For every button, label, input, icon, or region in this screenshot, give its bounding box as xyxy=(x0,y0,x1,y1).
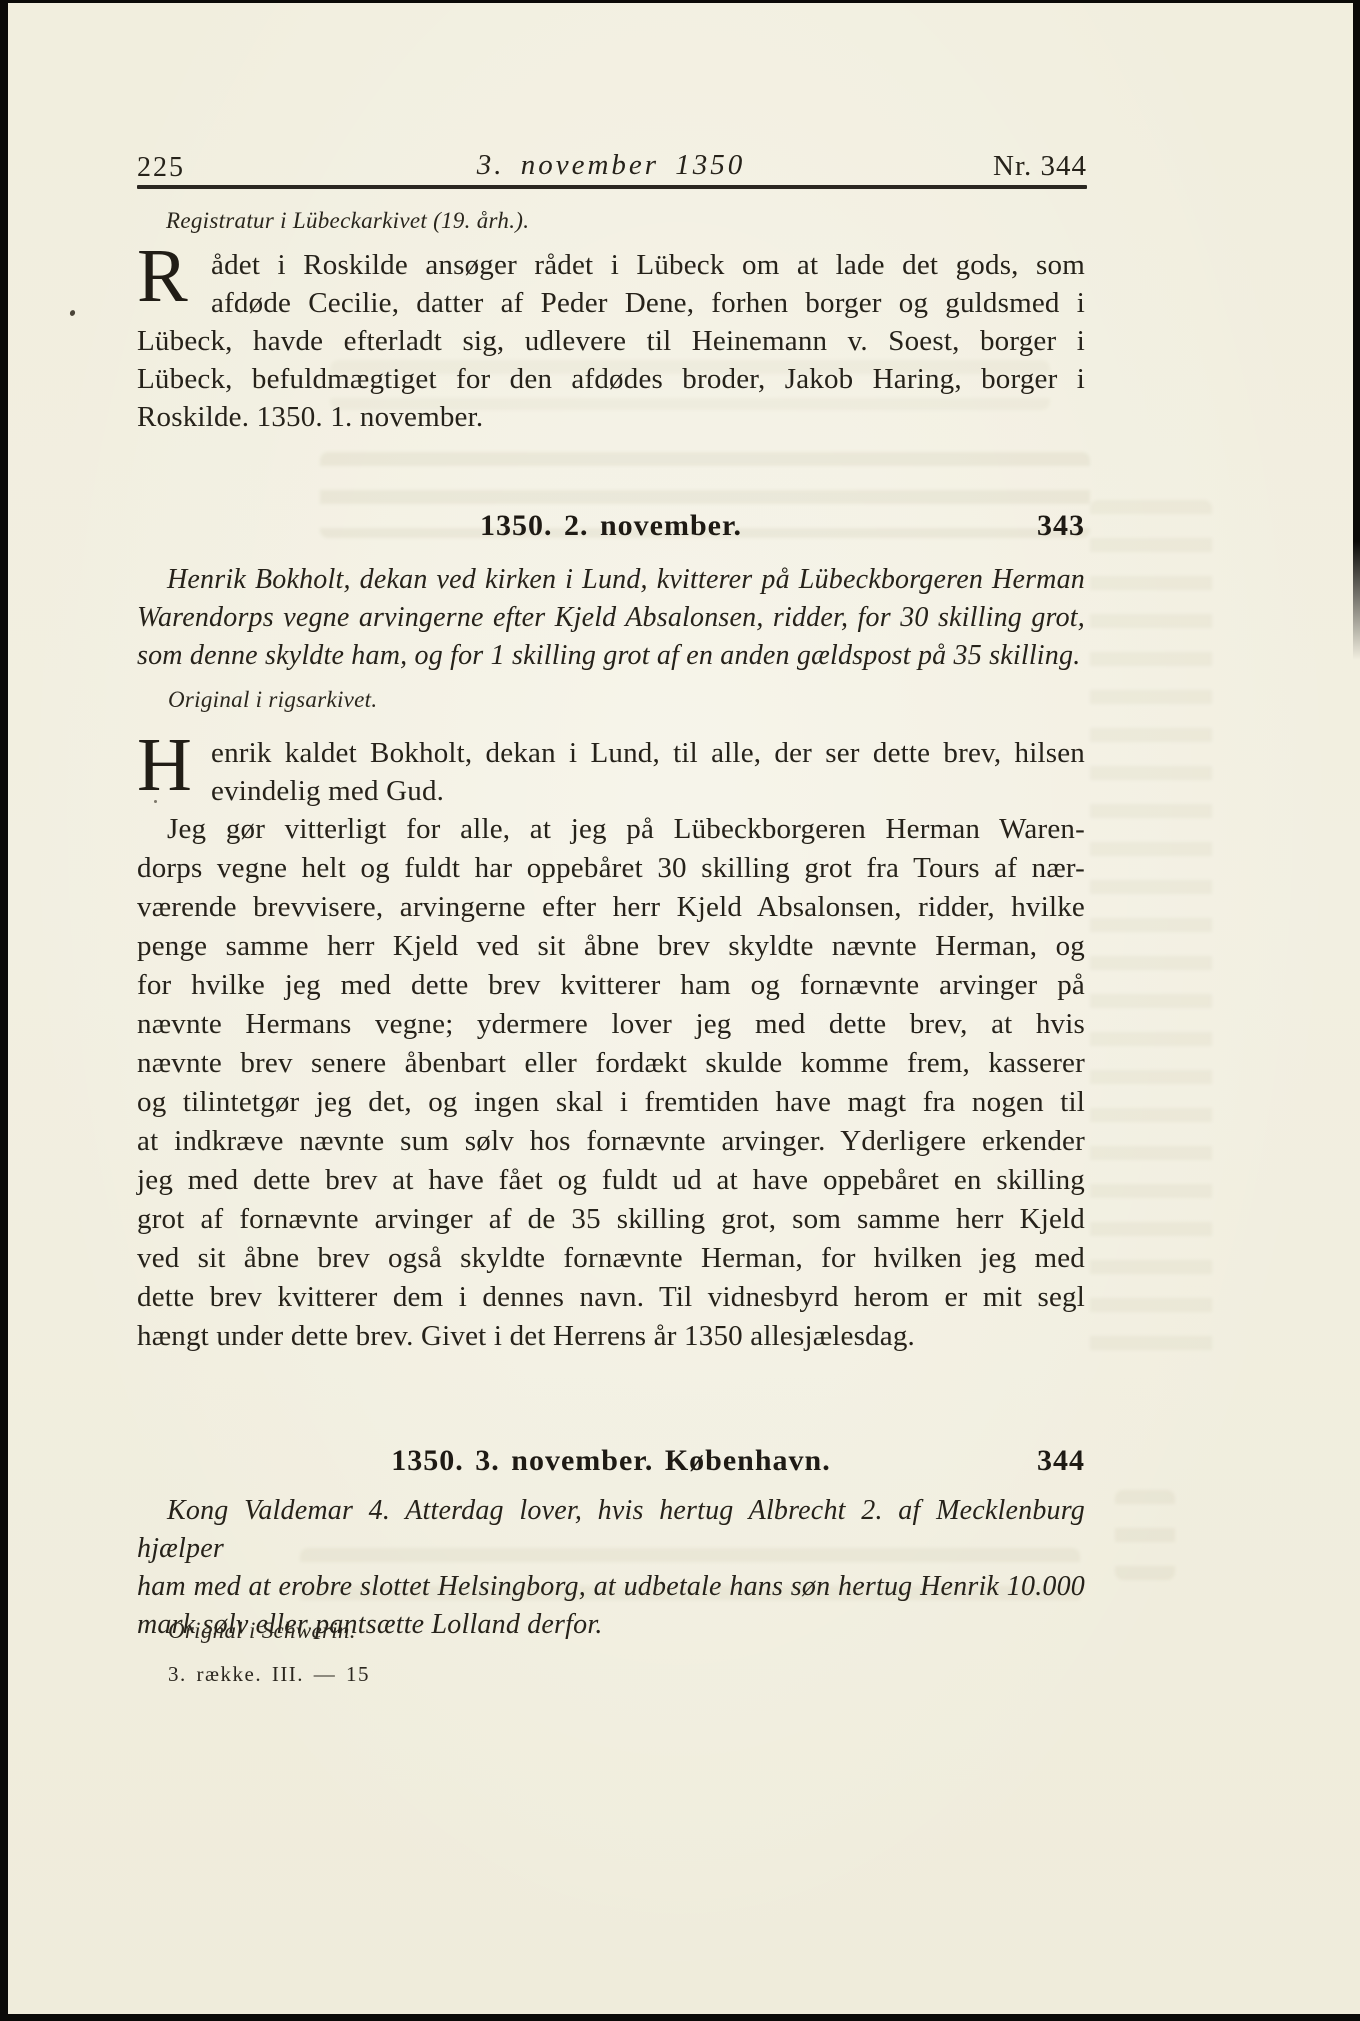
entry-343-body: Jeg gør vitterligt for alle, at jeg på L… xyxy=(137,810,1085,1356)
text-line: Roskilde. 1350. 1. november. xyxy=(137,398,1085,436)
entry-heading-number: 343 xyxy=(1037,509,1085,543)
text-line: grot af fornævnte arvinger af de 35 skil… xyxy=(137,1200,1085,1239)
show-through-artifact xyxy=(1090,500,1212,1360)
entry-343-regest: Henrik Bokholt, dekan ved kirken i Lund,… xyxy=(137,561,1085,675)
text-line: Lübeck, havde efterladt sig, udlevere ti… xyxy=(137,322,1085,360)
entry-heading-344: 1350. 3. november. København. 344 xyxy=(137,1444,1085,1478)
scan-edge-bottom xyxy=(0,2014,1360,2021)
text-line: ådet i Roskilde ansøger rådet i Lübeck o… xyxy=(137,246,1085,284)
entry-heading-343: 1350. 2. november. 343 xyxy=(137,509,1085,543)
text-line: afdøde Cecilie, datter af Peder Dene, fo… xyxy=(137,284,1085,322)
signature-mark: 3. række. III. — 15 xyxy=(168,1662,370,1687)
show-through-artifact xyxy=(1115,1490,1175,1580)
entry-343-salutation: enrik kaldet Bokholt, dekan i Lund, til … xyxy=(137,734,1085,810)
scan-edge-left xyxy=(0,0,8,2021)
text-line: Warendorps vegne arvingerne efter Kjeld … xyxy=(137,599,1085,637)
source-note-343: Original i rigsarkivet. xyxy=(168,687,377,713)
text-line: som denne skyldte ham, og for 1 skilling… xyxy=(137,637,1085,675)
source-note-344: Orignal i Schwerin. xyxy=(168,1618,356,1644)
text-line: dorps vegne helt og fuldt har oppebåret … xyxy=(137,849,1085,888)
entry-heading-number: 344 xyxy=(1037,1444,1085,1478)
scan-edge-top xyxy=(0,0,1360,3)
scan-edge-right xyxy=(1353,0,1360,660)
text-line: ved sit åbne brev også skyldte fornævnte… xyxy=(137,1239,1085,1278)
text-line: penge samme herr Kjeld ved sit åbne brev… xyxy=(137,927,1085,966)
entry-342-paragraph: ådet i Roskilde ansøger rådet i Lübeck o… xyxy=(137,246,1085,436)
running-head-date: 3. november 1350 xyxy=(137,149,1085,182)
entry-heading-date: 1350. 3. november. København. xyxy=(137,1444,1085,1478)
text-line: Henrik Bokholt, dekan ved kirken i Lund,… xyxy=(137,561,1085,599)
text-line: enrik kaldet Bokholt, dekan i Lund, til … xyxy=(137,734,1085,772)
text-line: for hvilke jeg med dette brev kvitterer … xyxy=(137,966,1085,1005)
header-rule xyxy=(137,185,1087,189)
text-line: ham med at erobre slottet Helsingborg, a… xyxy=(137,1568,1085,1606)
text-line: værende brevvisere, arvingerne efter her… xyxy=(137,888,1085,927)
text-line: evindelig med Gud. xyxy=(137,772,1085,810)
text-line: Lübeck, befuldmægtiget for den afdødes b… xyxy=(137,360,1085,398)
text-line: Jeg gør vitterligt for alle, at jeg på L… xyxy=(137,810,1085,849)
running-head-number: Nr. 344 xyxy=(955,150,1087,183)
text-line: nævnte brev senere åbenbart eller fordæk… xyxy=(137,1044,1085,1083)
text-line: hængt under dette brev. Givet i det Herr… xyxy=(137,1317,1085,1356)
text-line: dette brev kvitterer dem i dennes navn. … xyxy=(137,1278,1085,1317)
text-line: nævnte Hermans vegne; ydermere lover jeg… xyxy=(137,1005,1085,1044)
text-line: og tilintetgør jeg det, og ingen skal i … xyxy=(137,1083,1085,1122)
scanned-book-page: 225 3. november 1350 Nr. 344 Registratur… xyxy=(0,0,1360,2021)
ink-speck xyxy=(69,309,76,317)
text-line: Kong Valdemar 4. Atterdag lover, hvis he… xyxy=(137,1492,1085,1568)
text-line: jeg med dette brev at have fået og fuldt… xyxy=(137,1161,1085,1200)
source-note-342: Registratur i Lübeckarkivet (19. årh.). xyxy=(166,208,529,234)
entry-heading-date: 1350. 2. november. xyxy=(137,509,1085,543)
text-line: at indkræve nævnte sum sølv hos fornævnt… xyxy=(137,1122,1085,1161)
